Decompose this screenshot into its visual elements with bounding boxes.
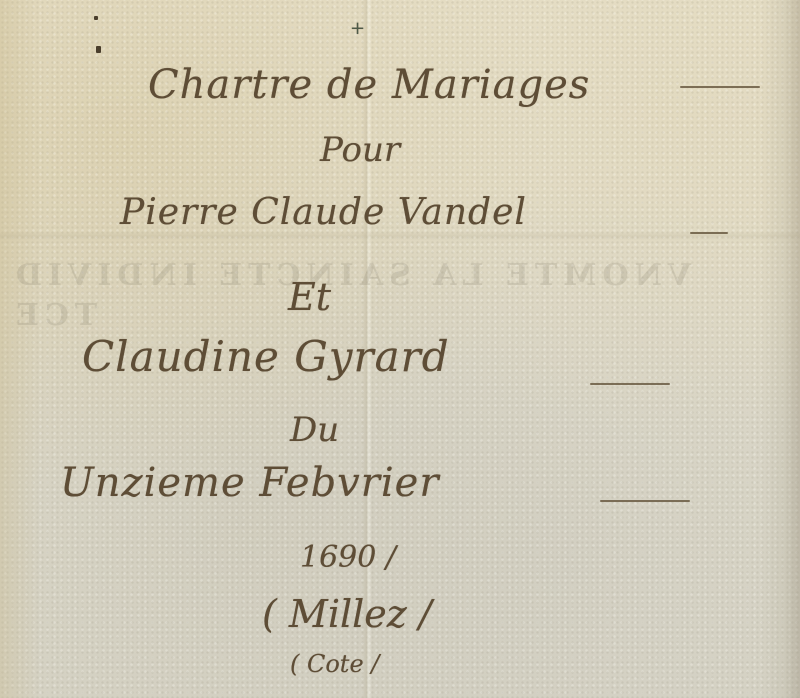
notary-signature: ( Millez / bbox=[262, 592, 432, 636]
parchment-document: VNOMTE LA SAINCTE INDIVID TCE + Chartre … bbox=[0, 0, 800, 698]
worn-right-edge bbox=[760, 0, 800, 698]
date-flourish-dash bbox=[600, 500, 690, 502]
groom-name: Pierre Claude Vandel bbox=[120, 192, 527, 233]
du-line: Du bbox=[290, 410, 339, 450]
document-title: Chartre de Mariages bbox=[148, 62, 590, 108]
groom-flourish-dash bbox=[690, 232, 728, 234]
year-line: 1690 / bbox=[300, 540, 396, 575]
horizontal-fold-crease bbox=[0, 232, 800, 240]
ink-spot bbox=[94, 16, 98, 20]
ink-spot bbox=[96, 46, 101, 53]
cross-mark: + bbox=[350, 18, 365, 39]
date-line: Unzieme Febvrier bbox=[60, 460, 439, 506]
title-flourish-dash bbox=[680, 86, 760, 88]
aged-left-edge bbox=[0, 0, 40, 698]
showthrough-print-line-2: TCE bbox=[10, 298, 97, 333]
bride-flourish-dash bbox=[590, 383, 670, 385]
et-line: Et bbox=[288, 275, 331, 319]
pour-line: Pour bbox=[320, 130, 400, 170]
cote-annotation: ( Cote / bbox=[290, 650, 379, 678]
showthrough-print-line-1: VNOMTE LA SAINCTE INDIVID bbox=[10, 258, 691, 293]
bride-name: Claudine Gyrard bbox=[82, 332, 450, 381]
